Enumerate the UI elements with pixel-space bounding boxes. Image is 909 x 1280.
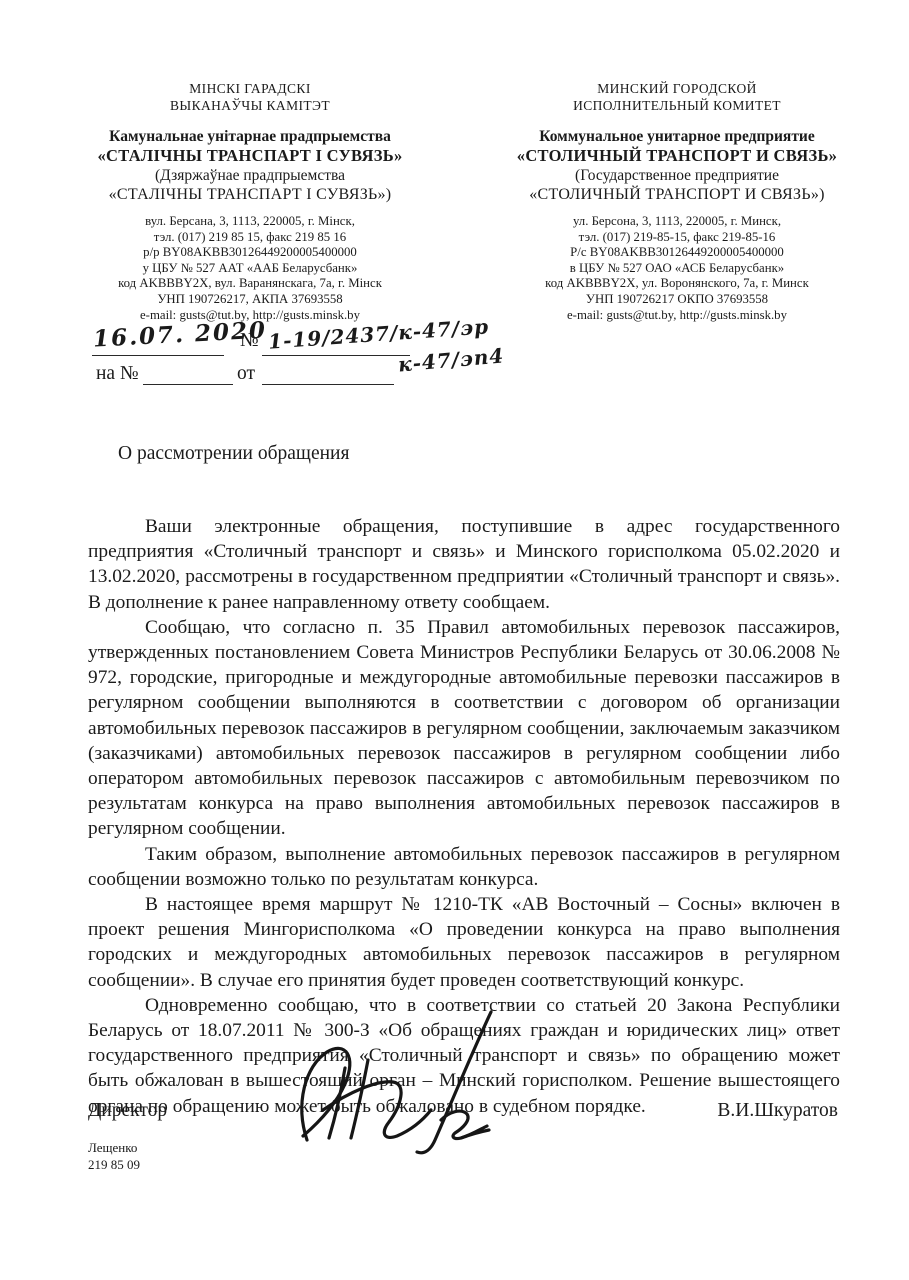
in-reply-to-number-underline bbox=[143, 384, 233, 385]
org-subtype-ru: (Государственное предприятие bbox=[482, 166, 872, 185]
address-line: e-mail: gusts@tut.by, http://gusts.minsk… bbox=[482, 308, 872, 324]
executor-name: Лещенко bbox=[88, 1140, 140, 1157]
body-paragraph: В настоящее время маршрут № 1210-ТК «АВ … bbox=[88, 892, 840, 993]
date-underline bbox=[92, 355, 224, 356]
handwritten-date: 16.07. 2020 bbox=[92, 318, 233, 352]
org-subtype-by: (Дзяржаўнае прадпрыемства bbox=[55, 166, 445, 185]
address-line: код AKBBBY2X, ул. Воронянского, 7а, г. М… bbox=[482, 276, 872, 292]
committee-line2-ru: ИСПОЛНИТЕЛЬНЫЙ КОМИТЕТ bbox=[482, 97, 872, 114]
address-line: р/р BY08AKBB30126449200005400000 bbox=[55, 245, 445, 261]
number-underline bbox=[262, 355, 410, 356]
letterhead-belarusian: МІНСКІ ГАРАДСКІ ВЫКАНАЎЧЫ КАМІТЭТ Камуна… bbox=[55, 80, 445, 323]
address-line: вул. Берсана, 3, 1113, 220005, г. Мінск, bbox=[55, 214, 445, 230]
org-subname-by: «СТАЛІЧНЫ ТРАНСПАРТ І СУВЯЗЬ») bbox=[55, 185, 445, 205]
address-line: в ЦБУ № 527 ОАО «АСБ Беларусбанк» bbox=[482, 261, 872, 277]
committee-name-ru: МИНСКИЙ ГОРОДСКОЙ ИСПОЛНИТЕЛЬНЫЙ КОМИТЕТ bbox=[482, 80, 872, 114]
committee-name-by: МІНСКІ ГАРАДСКІ ВЫКАНАЎЧЫ КАМІТЭТ bbox=[55, 80, 445, 114]
body-paragraph: Таким образом, выполнение автомобильных … bbox=[88, 842, 840, 892]
org-name-by: «СТАЛІЧНЫ ТРАНСПАРТ І СУВЯЗЬ» bbox=[55, 146, 445, 166]
body-paragraph: Ваши электронные обращения, поступившие … bbox=[88, 514, 840, 615]
address-line: УНП 190726217 ОКПО 37693558 bbox=[482, 292, 872, 308]
address-block-by: вул. Берсана, 3, 1113, 220005, г. Мінск,… bbox=[55, 214, 445, 323]
address-line: УНП 190726217, АКПА 37693558 bbox=[55, 292, 445, 308]
executor-phone: 219 85 09 bbox=[88, 1157, 140, 1174]
handwritten-ref-number-line2: к-47/эп4 bbox=[397, 343, 505, 376]
number-sign-label: № bbox=[240, 330, 259, 352]
committee-line1-ru: МИНСКИЙ ГОРОДСКОЙ bbox=[482, 80, 872, 97]
executor-block: Лещенко 219 85 09 bbox=[88, 1140, 140, 1173]
signature-scribble bbox=[265, 1008, 515, 1158]
letter-page: МІНСКІ ГАРАДСКІ ВЫКАНАЎЧЫ КАМІТЭТ Камуна… bbox=[0, 0, 909, 1280]
signer-name: В.И.Шкуратов bbox=[717, 1100, 838, 1122]
address-line: тэл. (017) 219 85 15, факс 219 85 16 bbox=[55, 230, 445, 246]
letterhead-russian: МИНСКИЙ ГОРОДСКОЙ ИСПОЛНИТЕЛЬНЫЙ КОМИТЕТ… bbox=[482, 80, 872, 323]
address-line: Р/с BY08AKBB30126449200005400000 bbox=[482, 245, 872, 261]
address-block-ru: ул. Берсона, 3, 1113, 220005, г. Минск, … bbox=[482, 214, 872, 323]
signer-title: Директор bbox=[88, 1100, 167, 1122]
subject-line: О рассмотрении обращения bbox=[118, 443, 349, 465]
org-name-ru: «СТОЛИЧНЫЙ ТРАНСПОРТ И СВЯЗЬ» bbox=[482, 146, 872, 166]
in-reply-to-date-label: от bbox=[237, 363, 255, 385]
org-type-ru: Коммунальное унитарное предприятие bbox=[482, 127, 872, 146]
org-type-by: Камунальнае унітарнае прадпрыемства bbox=[55, 127, 445, 146]
address-line: код AKBBBY2X, вул. Варанянскага, 7а, г. … bbox=[55, 276, 445, 292]
committee-line2-by: ВЫКАНАЎЧЫ КАМІТЭТ bbox=[55, 97, 445, 114]
org-subname-ru: «СТОЛИЧНЫЙ ТРАНСПОРТ И СВЯЗЬ») bbox=[482, 185, 872, 205]
address-line: тэл. (017) 219-85-15, факс 219-85-16 bbox=[482, 230, 872, 246]
address-line: ул. Берсона, 3, 1113, 220005, г. Минск, bbox=[482, 214, 872, 230]
in-reply-to-label: на № bbox=[96, 363, 139, 385]
body-paragraph: Сообщаю, что согласно п. 35 Правил автом… bbox=[88, 615, 840, 842]
committee-line1-by: МІНСКІ ГАРАДСКІ bbox=[55, 80, 445, 97]
address-line: у ЦБУ № 527 ААТ «ААБ Беларусбанк» bbox=[55, 261, 445, 277]
in-reply-to-date-underline bbox=[262, 384, 394, 385]
